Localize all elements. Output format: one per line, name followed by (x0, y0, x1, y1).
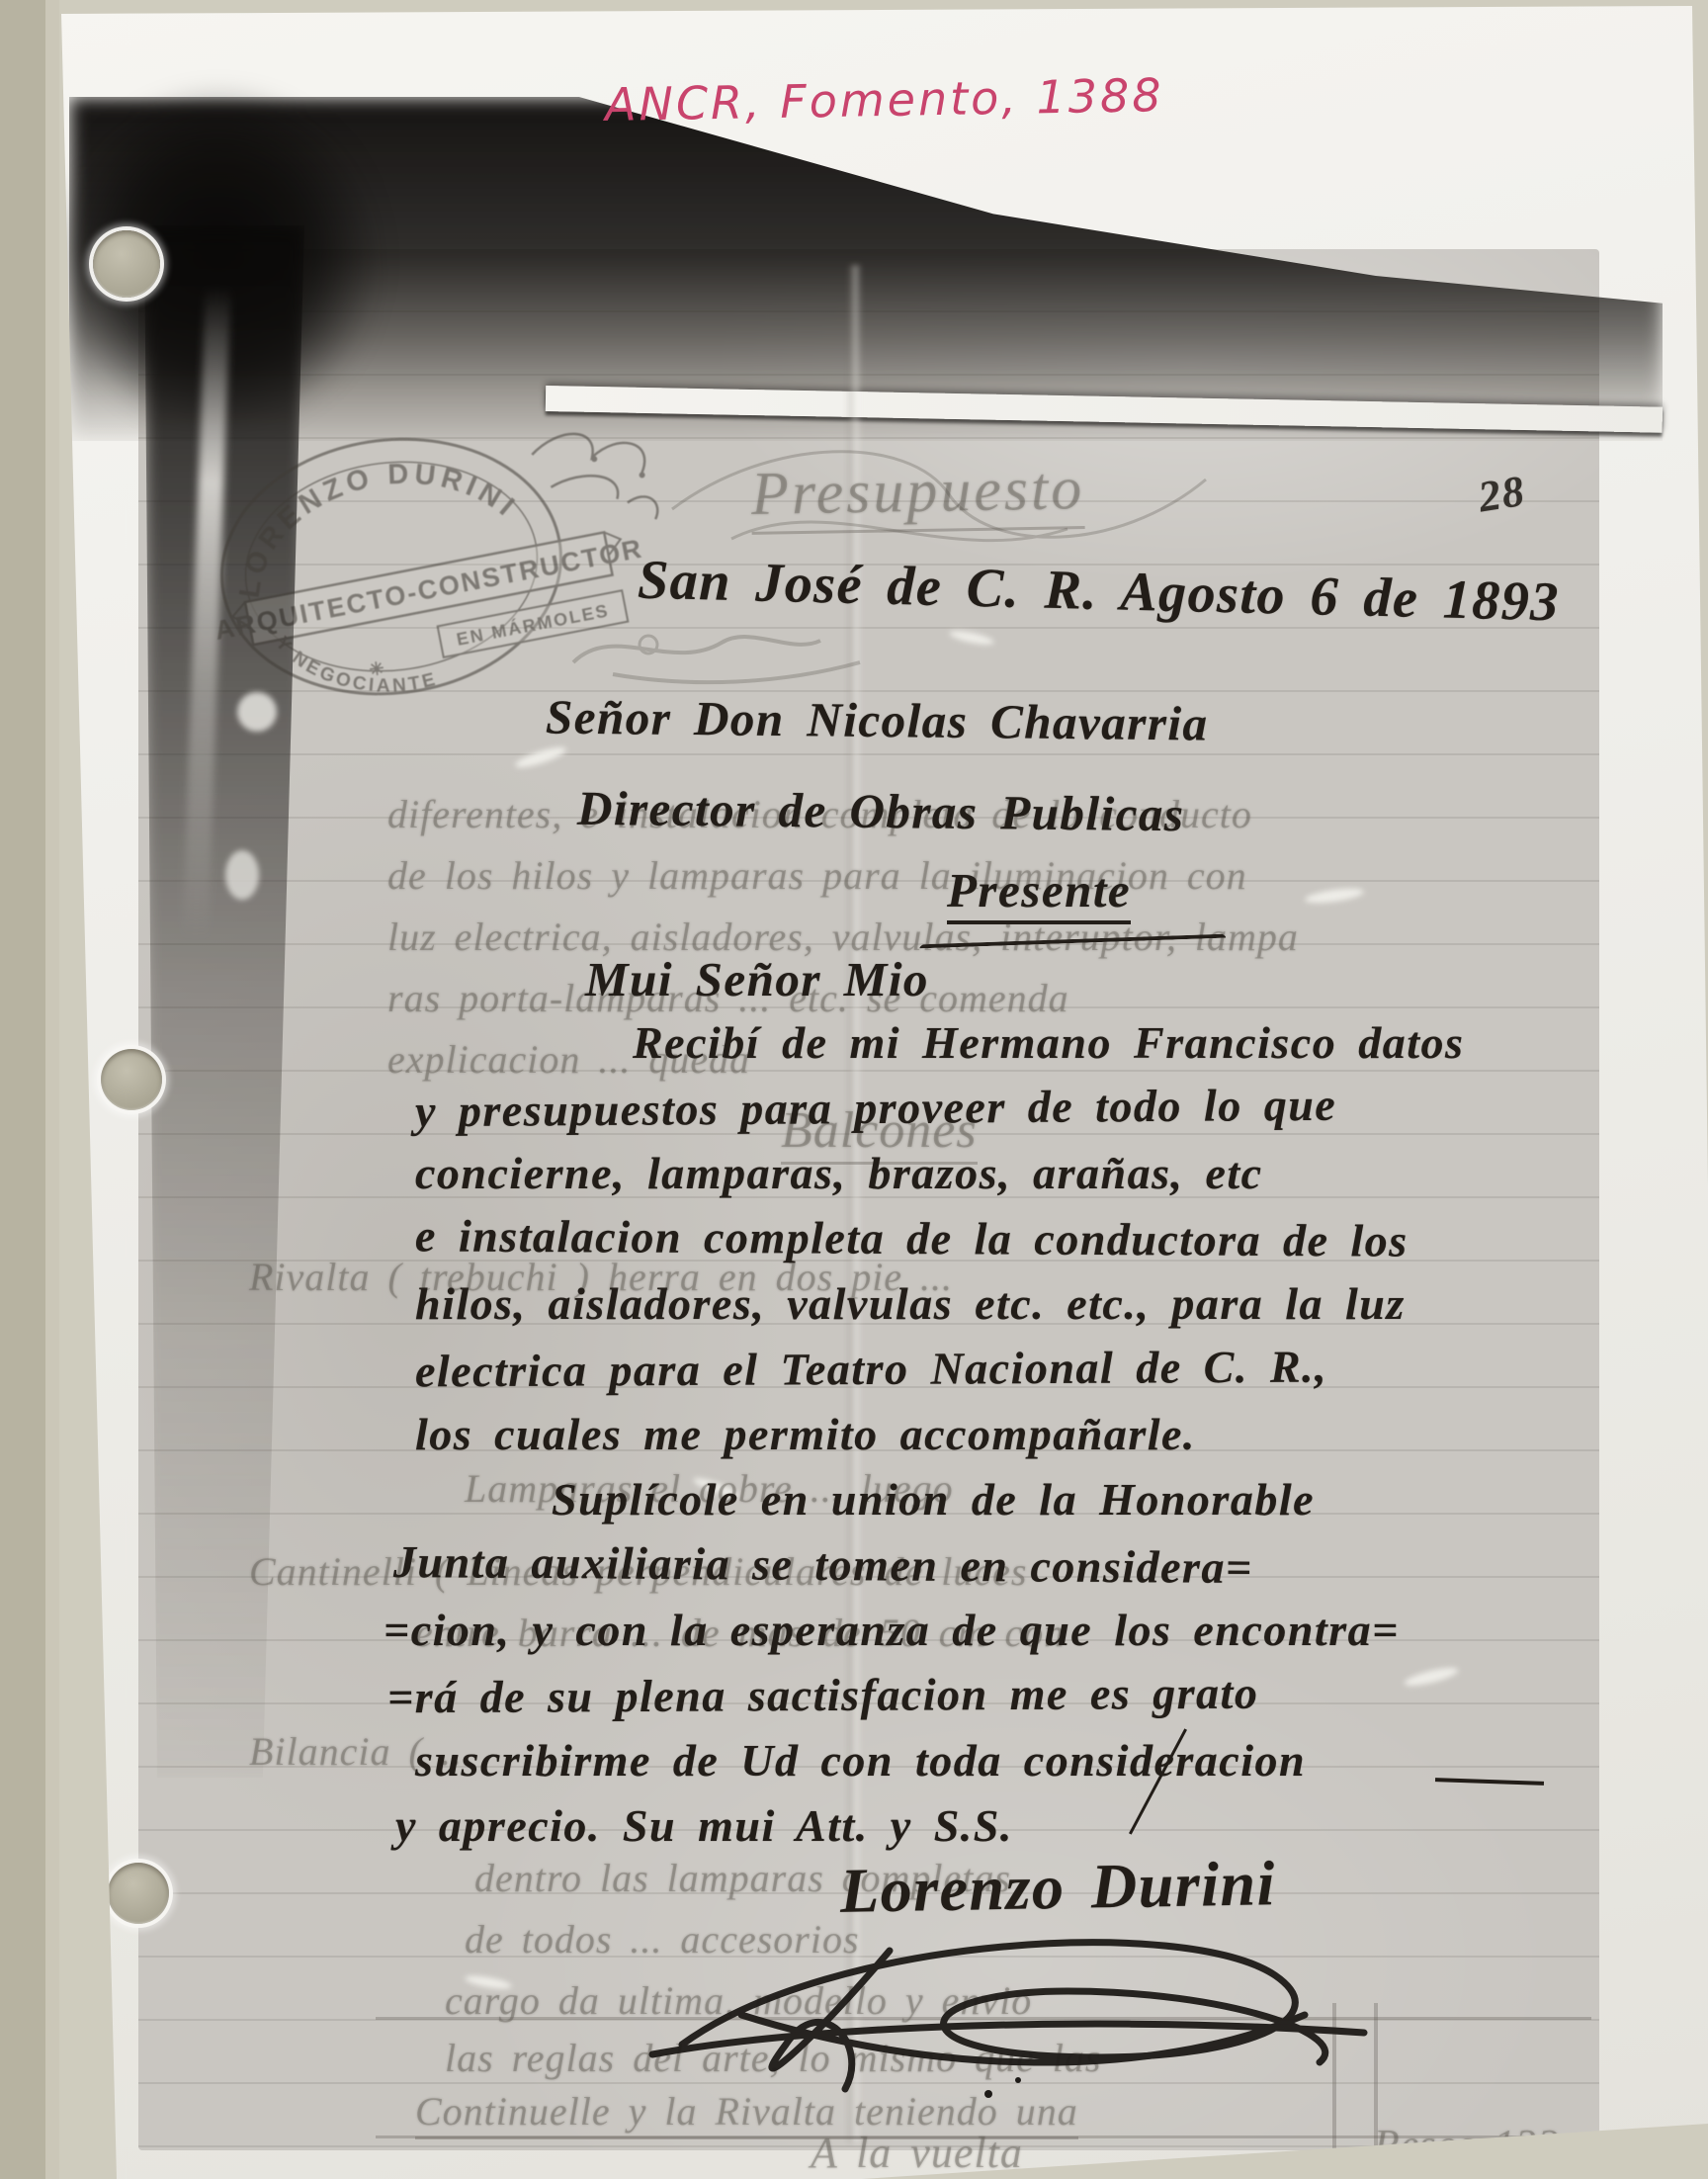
letter-body-line: Suplícole en union de la Honorable (552, 1473, 1315, 1525)
letter-body-line: electrica para el Teatro Nacional de C. … (415, 1341, 1327, 1398)
scan-background: Presupuesto diferentes, e instalacion co… (0, 0, 1708, 2179)
letter-body-line: y aprecio. Su mui Att. y S.S. (395, 1799, 1013, 1852)
hole-punch (93, 230, 160, 298)
signature-rubric (593, 1896, 1423, 2114)
letter-body-line: hilos, aisladores, valvulas etc. etc., p… (415, 1277, 1406, 1330)
letter-body-line: e instalacion completa de la conductora … (415, 1209, 1409, 1266)
letter-body-line: Recibí de mi Hermano Francisco datos (633, 1016, 1464, 1069)
stamp-scroll-ornament (530, 424, 658, 533)
letter-body-line: =rá de su plena sactisfacion me es grato (387, 1667, 1259, 1724)
photocopy-sheet: Presupuesto diferentes, e instalacion co… (0, 0, 1708, 2179)
folio-number: 28 (1475, 466, 1528, 523)
paper-fleck (225, 850, 259, 900)
letter-recipient-title: Director de Obras Publicas (577, 780, 1185, 842)
letter-body-line: los cuales me permito accompañarle. (415, 1408, 1196, 1460)
stamp-star-icon: ✳ (368, 658, 384, 680)
ghost-text-line: Pesos 132 (1374, 2122, 1560, 2169)
letter-presente: Presente (947, 862, 1131, 924)
archive-annotation: ANCR, Fomento, 1388 (605, 68, 1164, 131)
hole-punch (108, 1863, 169, 1924)
letter-body-line: Junta auxiliaria se tomen en considera= (393, 1535, 1253, 1594)
letter-body-line: concierne, lamparas, brazos, arañas, etc (415, 1147, 1263, 1199)
ghost-table-rule (376, 2135, 1591, 2138)
letter-body-line: y presupuestos para proveer de todo lo q… (415, 1079, 1337, 1138)
letter-body-line: suscribirme de Ud con toda consideracion (415, 1734, 1306, 1787)
letter-body-line: =cion, y con la esperanza de que los enc… (384, 1604, 1400, 1656)
letter-greeting: Mui Señor Mio (585, 951, 929, 1007)
hole-punch (101, 1049, 162, 1110)
letter-recipient-name: Señor Don Nicolas Chavarria (546, 688, 1209, 751)
